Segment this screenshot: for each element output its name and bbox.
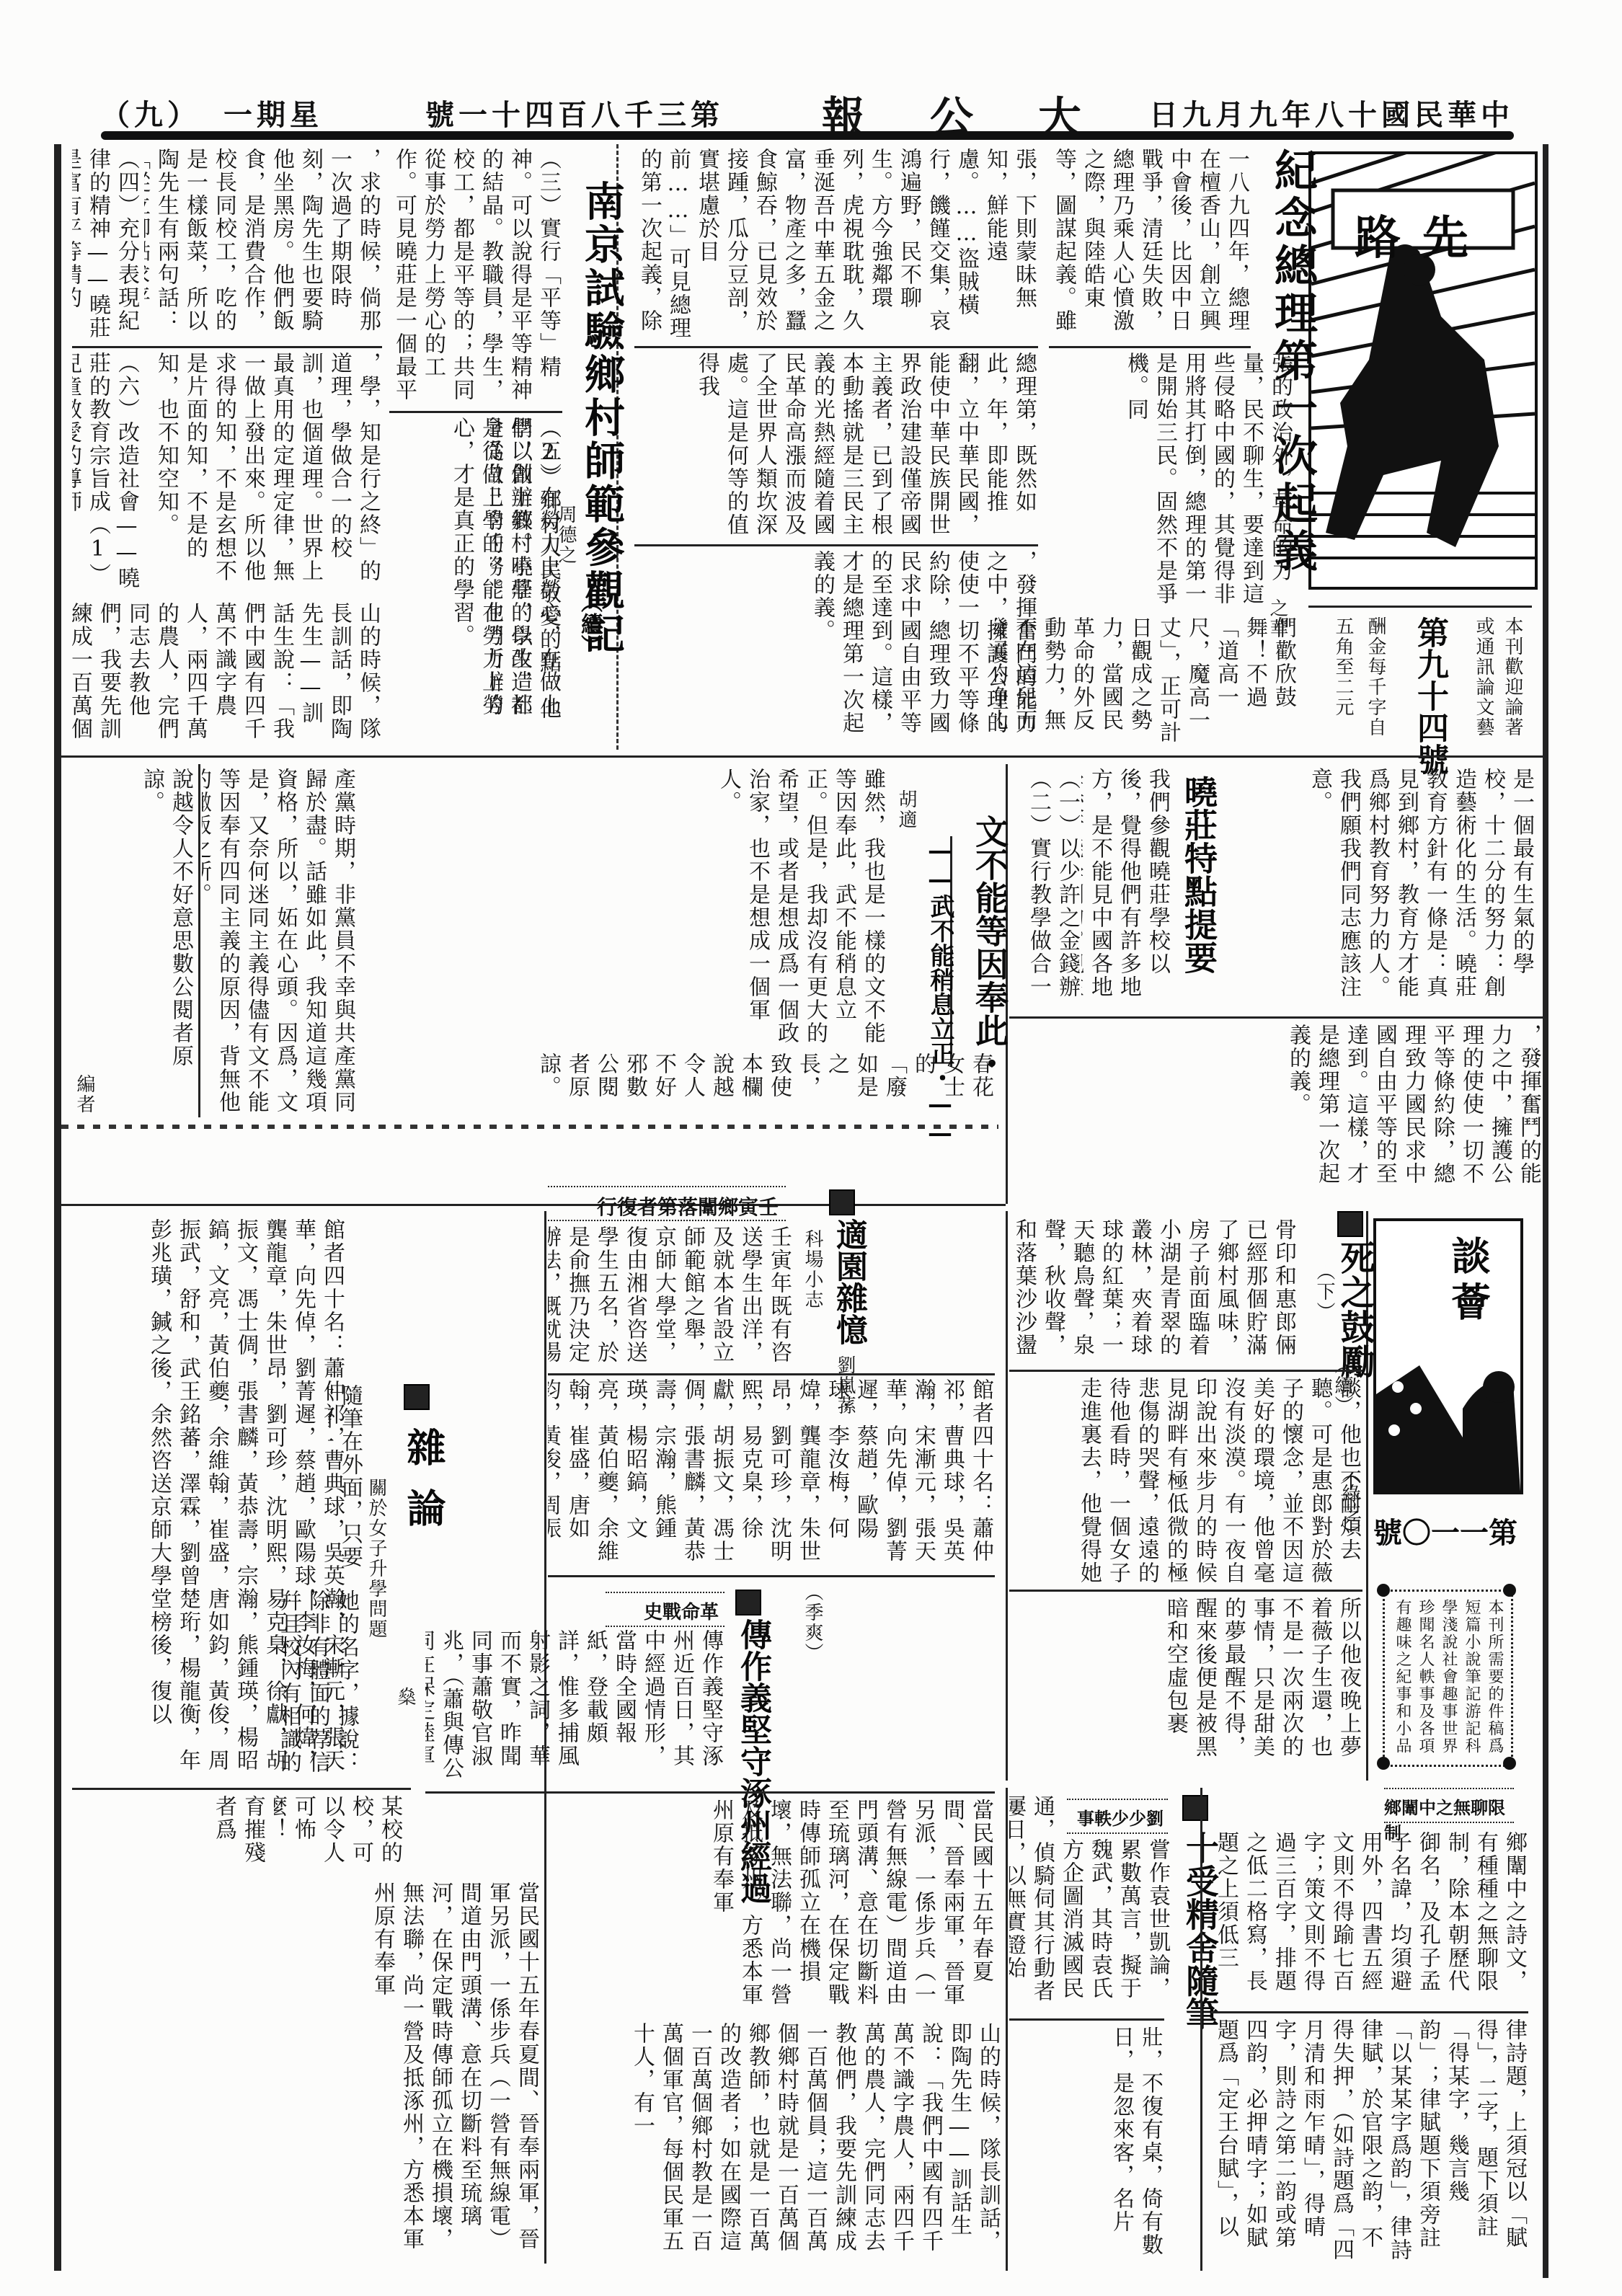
wen-wu-body: 春花女士的「廢如是之長，致使本欄說越令人不好邪數公閱者原諒。 bbox=[360, 1052, 995, 1121]
exam-box: 鄉闈中之無聊限制 bbox=[1384, 1788, 1514, 1823]
nanjing-body: （三）實行「平等」精神。可以說得是平等精神的結晶。教職員，學生，校工，都是平等的… bbox=[389, 148, 562, 407]
tanhui-info-box: 本刊所需要的件稿爲短篇小說筆記游記科學淺說社會趣事世界珍聞名人軼事及各項有趣味之… bbox=[1383, 1590, 1513, 1767]
shiyuan-headline: 適園雜憶 bbox=[825, 1218, 872, 1345]
xianlu-info-box: 本刊歡迎論著 或通訊論文藝 第九十四號 酬金每千字自 五角至二元 bbox=[1308, 609, 1532, 753]
shiyuan-body: 壬寅年既有咨送學生出洋，及就本省設立師範館之舉，京師大學堂，復由湘省咨送學生五名… bbox=[548, 1225, 793, 1370]
section-badge bbox=[1337, 1211, 1363, 1237]
shiyuan-box-title: 壬寅鄉闈落第者復行 bbox=[597, 1192, 779, 1220]
right-border bbox=[1543, 144, 1548, 2278]
wen-wu-body: 說越令人不好意思數公閱者原諒。 bbox=[72, 768, 195, 1071]
divider bbox=[1009, 1016, 1543, 1019]
death-body: 骨印和惠郎倆已經那個貯滿了鄉村風味，房子前面臨着小湖是青翠的叢林，夾着球球的紅葉… bbox=[1009, 1218, 1298, 1362]
miscellany-body: 育摧殘者爲 bbox=[216, 1795, 267, 1874]
xiaozhuang-headline: 曉莊特點提要 bbox=[1175, 775, 1223, 974]
exam-body: 律詩題，上須冠以「賦得」，二字，題下須註「得某字，幾言幾韵」；律賦題下須旁註「以… bbox=[1211, 2018, 1528, 2264]
zhuozhou-body: 當民國十五年春夏間、晉奉兩軍，晉軍另派，一係步兵（一營有無線電）間道由門頭溝、意… bbox=[548, 1799, 995, 2015]
divider bbox=[1049, 346, 1251, 348]
commemoration-body: 總理第，既然如此，年，即能推翻，立中華民國，能使中華民族開世界政治建設僅帝國主義… bbox=[634, 352, 1038, 539]
commemoration-body: 張的政治外，革命的力量，民不聊生，要達到這些侵略中國的，其覺得非用將其打倒，總理… bbox=[1049, 352, 1294, 611]
xianlu-illustration: 先路 bbox=[1308, 151, 1538, 590]
masthead-rule bbox=[101, 131, 1514, 140]
wen-wu-body: 雖然，我也是一樣的文不能等因奉此，武不能稍息立正。但是，我却沒有更大的希望，或者… bbox=[360, 768, 887, 1049]
nanjing-headline: 南京試驗鄉村師範參觀記 bbox=[573, 180, 631, 656]
zhuozhou-box: 革命戰史 bbox=[606, 1592, 724, 1627]
xianlu-issue-number: 第九十四號 bbox=[1406, 616, 1453, 775]
wen-wu-body: 產黨時期，非黨員不幸與共產黨同歸於盡。話雖如此，我知道這幾項資格，所以，妬在心頭… bbox=[202, 768, 357, 1114]
death-body: 所以他夜晚上夢着薇子生還，也不是一次兩次的事情，只是甜美的夢最醒不得，醒來後便是… bbox=[1009, 1597, 1362, 1777]
divider bbox=[389, 411, 562, 413]
divider bbox=[634, 544, 1038, 546]
shishou-body: 嘗作袁世凱論，累數萬言，擬于魏武，其時袁氏方企圖消滅國民黨，見之大恚，且疑少少與 bbox=[1060, 1838, 1171, 2011]
issue-serial: 第三千八百四十一號 bbox=[425, 92, 724, 133]
editor-note: 編者 bbox=[72, 1074, 97, 1125]
commemoration-body: 們歡欣鼓舞！不過「道高一尺，魔高一丈」，正可計日觀成之勢力，當國民革命的外反動勢… bbox=[995, 616, 1298, 746]
xianlu-info-line: 或通訊論文藝 bbox=[1471, 616, 1496, 753]
xiaozhuang-body: ，發揮奮鬥的能力之中，擁護公理的使使一切不平等條約除，總理致力國民求中國自由平等… bbox=[1009, 1024, 1543, 1197]
section-badge bbox=[829, 1189, 855, 1215]
death-part: （下） bbox=[1312, 1262, 1337, 1319]
wen-wu-headline: 文不能等因奉此・ bbox=[966, 815, 1014, 1080]
box-corner bbox=[1503, 1584, 1516, 1597]
shiyuan-body: 館者四十名：蕭仲祁，曹典球，吳英瀚，宋漸元，張天華，向先倬，劉菁遲，蔡趙，歐陽球… bbox=[548, 1378, 995, 1573]
zhuozhou-byline: （季爽） bbox=[800, 1582, 825, 1654]
weekday: 星期一 bbox=[223, 92, 323, 133]
zhuozhou-box-title: 革命戰史 bbox=[644, 1597, 719, 1624]
commemoration-body: ，發揮奮鬥的能力之中，擁護公理的使使一切不平等條約除，總理致力國民求中國自由平等… bbox=[634, 550, 1038, 737]
section-badge bbox=[404, 1384, 430, 1410]
divider bbox=[425, 1791, 995, 1794]
nanjing-body-continued: 山的時候，隊長訓話，即陶先生——訓話生說：「我們中國有四千萬不識字農人，兩四千萬… bbox=[548, 2022, 1002, 2264]
xiaozhuang-point: （二）實行教學做合一 bbox=[1024, 768, 1052, 1013]
zhuozhou-body-continued: 當民國十五年春夏間、晉奉兩軍，晉軍另派，一係步兵（一營有無線電）間道由門頭溝、意… bbox=[72, 1881, 541, 2264]
nanjing-body: （四）充分表現紀律的精神——曉莊是富有平等精的 bbox=[72, 148, 141, 342]
zhuozhou-body: 傳作義堅守涿州近百日，其中經過情形，當時全國報紙，登載頗詳，惟多捕風射影之詞，華… bbox=[425, 1629, 724, 1788]
column-divider bbox=[1006, 1788, 1008, 2271]
nanjing-body: ，學，知是行之終」的道理，學做合一的校訓，也個道理。世界上最真用的定理定律，無一… bbox=[144, 352, 382, 597]
shishou-box-title: 劉少少軼事 bbox=[1077, 1804, 1164, 1830]
column-divider bbox=[1006, 1211, 1008, 1781]
death-body: 談，他也不耐煩去聽。可是惠郎對於薇子的懷念，並不因這美好的環境，他曾毫沒有淡漠。… bbox=[1009, 1377, 1362, 1586]
section-divider bbox=[61, 755, 1543, 758]
xianlu-title: 先路 bbox=[1355, 201, 1490, 267]
divider bbox=[1211, 2011, 1528, 2013]
ornamental-divider bbox=[61, 1125, 998, 1129]
divider bbox=[548, 1575, 995, 1577]
divider bbox=[1009, 2018, 1164, 2021]
tanhui-info-text: 本刊所需要的件稿爲短篇小說筆記游記科學淺說社會趣事世界珍聞名人軼事及各項有趣味之… bbox=[1391, 1599, 1506, 1761]
divider bbox=[72, 346, 382, 348]
section-badge bbox=[1182, 1795, 1208, 1821]
xiaozhuang-body: 是一個最有生氣的學校，十二分的努力：創造藝術化的生活。曉莊教育方針有一條是：真見… bbox=[1218, 768, 1535, 1013]
section-badge bbox=[735, 1590, 761, 1615]
divider bbox=[634, 346, 1038, 348]
xiaozhuang-point: （一）以少許之金錢辦多數之事業 bbox=[1052, 768, 1081, 1013]
tanhui-title: 談薈 bbox=[1441, 1236, 1497, 1328]
nanjing-body: 山的時候，隊長訓話，即陶先生——訓話生說：「我們中國有四千萬不識字農人，兩四千萬… bbox=[72, 602, 382, 746]
divider bbox=[1308, 606, 1532, 608]
shiyuan-body-overflow: 館者四十名：蕭仲祁，曹典球，吳英瀚，宋漸元，張天華，向先倬，劉菁遲，蔡趙，歐陽球… bbox=[72, 1218, 346, 1781]
nanjing-body: ，求的時候，倘那一次過了期限時刻，陶先生也要騎他坐黑房。他們飯食，是消費合作，校… bbox=[144, 148, 382, 342]
wen-wu-byline: 胡適 bbox=[894, 789, 918, 847]
divider bbox=[1009, 1590, 1362, 1592]
xianlu-info-line: 本刊歡迎論著 bbox=[1500, 616, 1525, 753]
commemoration-body: 張，下則蒙昧無知，鮮能遠慮。……盜賊橫行，饑饉交集，哀鴻遍野，民不聊生。方今強鄰… bbox=[634, 148, 1038, 342]
page-number: （九） bbox=[101, 92, 200, 133]
tanhui-illustration: 談薈 bbox=[1373, 1218, 1523, 1494]
miscellany-body: 某校的校，可以令人可怖麼！ bbox=[274, 1795, 404, 1874]
xianlu-info-line: 五角至二元 bbox=[1331, 616, 1355, 753]
shiyuan-box: 壬寅鄉闈落第者復行 bbox=[548, 1186, 786, 1221]
box-corner bbox=[1377, 1584, 1390, 1597]
nanjing-body: （2）鄉村人民敬愛的點。他們以創辦鄉村小學，以改造社會爲自己的任務。他們所辦的學… bbox=[490, 417, 562, 734]
miscellany-subtitle: 關於女子升學問題 bbox=[364, 1478, 389, 1665]
column-divider bbox=[198, 764, 200, 1117]
divider bbox=[1009, 1370, 1362, 1372]
column-divider bbox=[1200, 1788, 1202, 2271]
commemoration-body: 一八九四年，總理在檀香山，創立興中會後，比因中日戰爭，清廷失敗，總理乃乘人心憤激… bbox=[1049, 148, 1251, 342]
shishou-body: 壯，不復有桌，倚有數日，是忽來客，名片 bbox=[1009, 2026, 1164, 2264]
section-divider bbox=[61, 1204, 1006, 1206]
nanjing-continued: （續） bbox=[573, 591, 605, 656]
left-border bbox=[54, 144, 61, 2271]
publication-date: 中華民國十八年九月九日 bbox=[1149, 92, 1514, 133]
miscellany-headline: 雜論 bbox=[396, 1427, 452, 1548]
shishou-body: 通，偵騎伺其行動者屢日，以無實證始已，民四袁氏謀 bbox=[1009, 1795, 1056, 2011]
masthead: （九） 星期一 第三千八百四十一號 大公報 中華民國十八年九月九日 bbox=[101, 87, 1514, 137]
divider bbox=[72, 1788, 411, 1790]
newspaper-page: （九） 星期一 第三千八百四十一號 大公報 中華民國十八年九月九日 先路 本刊歡… bbox=[0, 0, 1622, 2296]
shiyuan-subtitle: 科場小志 bbox=[800, 1229, 825, 1316]
miscellany-byline: 燊 bbox=[393, 1687, 417, 1716]
divider bbox=[548, 1373, 995, 1375]
tanhui-issue: 第一一〇號 bbox=[1373, 1510, 1517, 1551]
shishou-box: 劉少少軼事 bbox=[1067, 1799, 1168, 1834]
box-corner bbox=[1503, 1757, 1516, 1770]
box-corner bbox=[1377, 1757, 1390, 1770]
exam-body: 鄉闈中之詩文，有種種之無聊限制，除本朝歷代御名，及孔子孟子名諱，均須避用外，四書… bbox=[1211, 1831, 1528, 2004]
xianlu-info-line: 酬金每千字自 bbox=[1363, 616, 1388, 753]
nanjing-body: （六）改造社會——曉莊的教育宗旨成（1）兒童敬愛的導師 bbox=[72, 352, 141, 597]
xiaozhuang-body: 我們參觀曉莊學校以後，覺得他們有許多地方，是不能見中國各地學校所能學到的。現在將… bbox=[1081, 768, 1171, 1013]
